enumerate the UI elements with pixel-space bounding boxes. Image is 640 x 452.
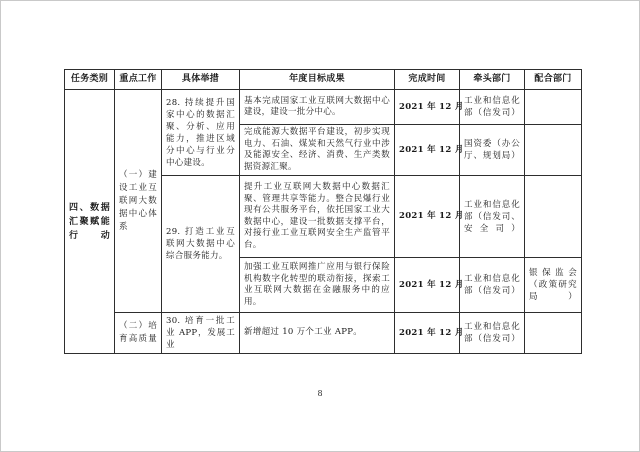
measure-cell-28: 28. 持续提升国家中心的数据汇聚、分析、应用能力，推进区域分中心与行业分中心建… xyxy=(162,90,240,176)
deadline-cell-2: 2021 年 12 月 xyxy=(395,125,460,176)
goal-cell-3: 提升工业互联网大数据中心数据汇聚、管理共享等能力。整合民爆行业现有公共服务平台，… xyxy=(240,176,395,258)
goal-cell-1: 基本完成国家工业互联网大数据中心建设，建设一批分中心。 xyxy=(240,90,395,125)
work-plan-table: 任务类别 重点工作 具体举措 年度目标成果 完成时间 牵头部门 配合部门 四、数… xyxy=(64,69,582,354)
support-dept-cell-1 xyxy=(525,90,582,125)
deadline-cell-4: 2021 年 12 月 xyxy=(395,258,460,313)
header-support-dept: 配合部门 xyxy=(525,70,582,90)
header-task-category: 任务类别 xyxy=(65,70,115,90)
goal-cell-2: 完成能源大数据平台建设，初步实现电力、石油、煤炭和天然气行业中涉及能源安全、经济… xyxy=(240,125,395,176)
key-work-cell-1: （一）建设工业互联网大数据中心体系 xyxy=(115,90,162,313)
table-row-1: 四、数据汇聚赋能行动 （一）建设工业互联网大数据中心体系 28. 持续提升国家中… xyxy=(65,90,582,125)
measure-cell-30: 30. 培育一批工业 APP，发展工业 xyxy=(162,313,240,354)
support-dept-cell-5 xyxy=(525,313,582,354)
task-category-cell: 四、数据汇聚赋能行动 xyxy=(65,90,115,354)
header-measures: 具体举措 xyxy=(162,70,240,90)
support-dept-cell-4: 银保监会（政策研究局） xyxy=(525,258,582,313)
header-annual-goal: 年度目标成果 xyxy=(240,70,395,90)
header-lead-dept: 牵头部门 xyxy=(460,70,525,90)
lead-dept-cell-5: 工业和信息化部（信发司） xyxy=(460,313,525,354)
page-number: 8 xyxy=(1,389,639,398)
measure-cell-29: 29. 打造工业互联网大数据中心综合服务能力。 xyxy=(162,176,240,313)
deadline-cell-5: 2021 年 12 月 xyxy=(395,313,460,354)
lead-dept-cell-3: 工业和信息化部（信发司、安全司） xyxy=(460,176,525,258)
header-deadline: 完成时间 xyxy=(395,70,460,90)
lead-dept-cell-2: 国资委（办公厅、规划局） xyxy=(460,125,525,176)
goal-cell-4: 加强工业互联网推广应用与银行保险机构数字化转型的联动衔接，探索工业互联网大数据在… xyxy=(240,258,395,313)
lead-dept-cell-4: 工业和信息化部（信发司） xyxy=(460,258,525,313)
table-row-5: （二）培育高质量 30. 培育一批工业 APP，发展工业 新增超过 10 万个工… xyxy=(65,313,582,354)
header-key-work: 重点工作 xyxy=(115,70,162,90)
lead-dept-cell-1: 工业和信息化部（信发司） xyxy=(460,90,525,125)
table-header-row: 任务类别 重点工作 具体举措 年度目标成果 完成时间 牵头部门 配合部门 xyxy=(65,70,582,90)
deadline-cell-1: 2021 年 12 月 xyxy=(395,90,460,125)
support-dept-cell-2 xyxy=(525,125,582,176)
goal-cell-5: 新增超过 10 万个工业 APP。 xyxy=(240,313,395,354)
deadline-cell-3: 2021 年 12 月 xyxy=(395,176,460,258)
support-dept-cell-3 xyxy=(525,176,582,258)
document-page: 任务类别 重点工作 具体举措 年度目标成果 完成时间 牵头部门 配合部门 四、数… xyxy=(0,0,640,452)
key-work-cell-2: （二）培育高质量 xyxy=(115,313,162,354)
